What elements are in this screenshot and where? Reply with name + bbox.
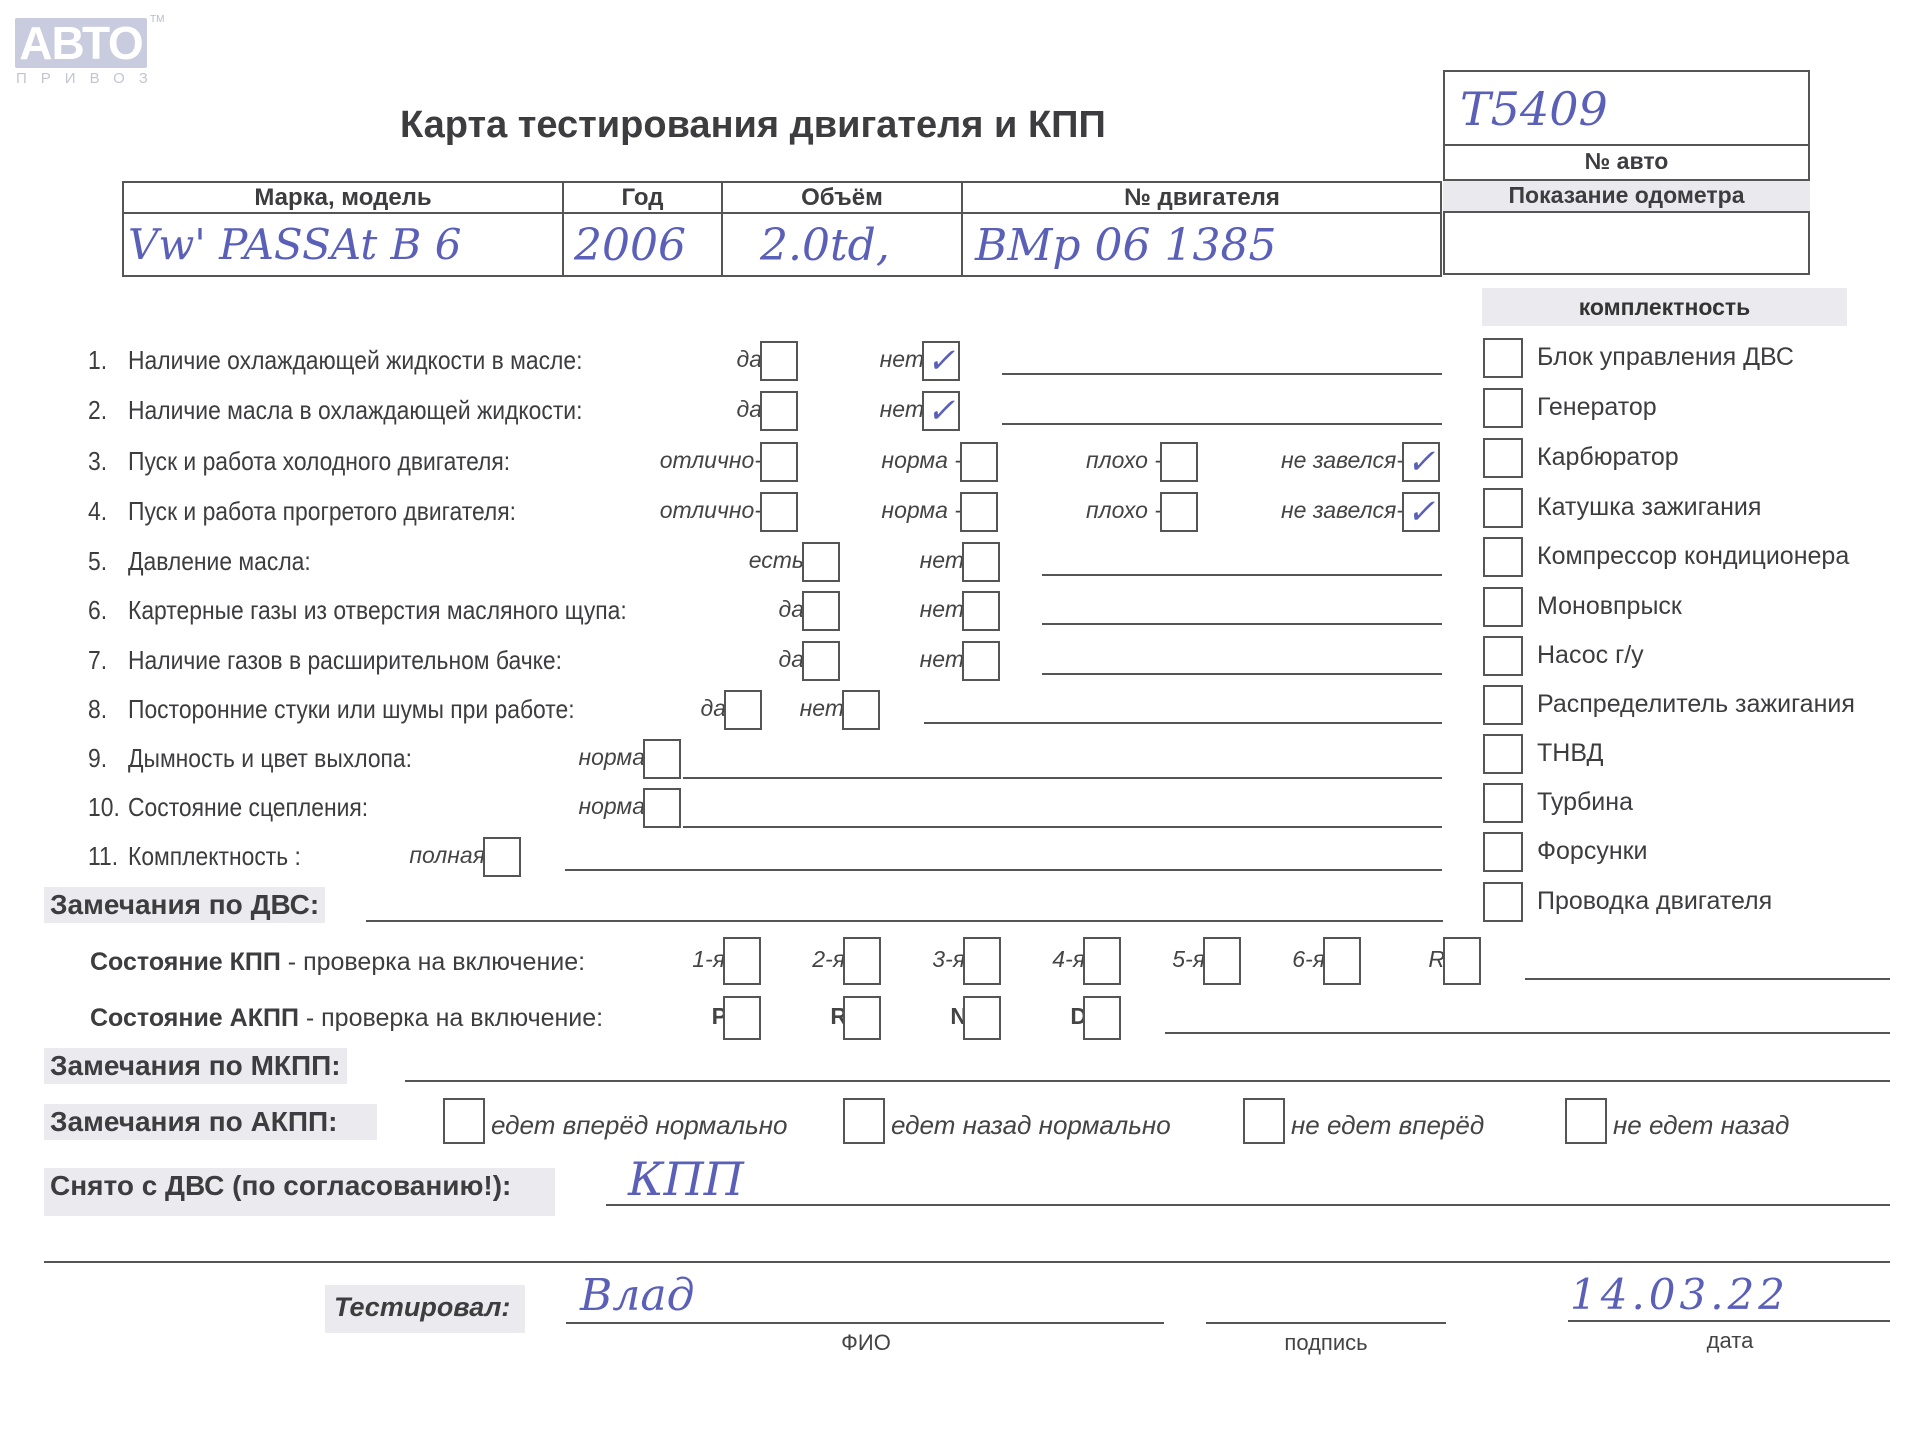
checkbox-незавелся[interactable]: ✓ <box>1402 442 1440 482</box>
auto-remark-label: не едет назад <box>1613 1110 1789 1141</box>
question-number: 11. <box>88 841 118 872</box>
completeness-checkbox[interactable] <box>1483 832 1523 872</box>
completeness-item-label: Карбюратор <box>1537 443 1679 472</box>
logo-subtitle: ПРИВОЗ <box>16 70 162 87</box>
removed-field-value[interactable]: КПП <box>628 1152 744 1206</box>
notes-line[interactable] <box>565 869 1442 871</box>
completeness-item-label: ТНВД <box>1537 739 1603 768</box>
option-label: нет <box>920 646 964 673</box>
option-label: не завелся- <box>1281 497 1404 524</box>
checkbox-норма[interactable] <box>643 788 681 828</box>
question-number: 3. <box>88 446 107 477</box>
box-divider <box>1443 144 1810 146</box>
auto-remark-label: едет назад нормально <box>891 1110 1171 1141</box>
header-make-model: Марка, модель <box>124 183 562 212</box>
question-number: 8. <box>88 694 107 725</box>
question-number: 2. <box>88 395 107 426</box>
completeness-item-label: Компрессор кондиционера <box>1537 542 1849 571</box>
notes-line[interactable] <box>1002 373 1442 375</box>
question-text: Комплектность : <box>128 841 301 872</box>
question-text: Наличие масла в охлаждающей жидкости: <box>128 395 582 426</box>
auto-remark-label: едет вперёд нормально <box>491 1110 787 1141</box>
checkbox-да[interactable] <box>802 591 840 631</box>
completeness-checkbox[interactable] <box>1483 338 1523 378</box>
completeness-header: комплектность <box>1482 288 1847 326</box>
completeness-item-label: Насос г/у <box>1537 641 1644 670</box>
checkbox-да[interactable] <box>760 341 798 381</box>
question-text: Картерные газы из отверстия масляного щу… <box>128 595 627 626</box>
checkbox-плохо[interactable] <box>1160 442 1198 482</box>
manual-gearbox-label: Состояние КПП - проверка на включение: <box>90 948 585 977</box>
logo: АВТО <box>15 18 147 68</box>
question-number: 6. <box>88 595 107 626</box>
option-label: да <box>736 396 762 423</box>
position-checkbox-P[interactable] <box>723 996 761 1040</box>
completeness-checkbox[interactable] <box>1483 438 1523 478</box>
option-label: плохо - <box>1086 497 1162 524</box>
checkbox-норма[interactable] <box>960 442 998 482</box>
extra-notes-line[interactable] <box>44 1261 1890 1263</box>
make-model-field[interactable]: Vw' PASSAt B 6 <box>128 220 461 269</box>
question-text: Состояние сцепления: <box>128 792 368 823</box>
question-text: Посторонние стуки или шумы при работе: <box>128 694 575 725</box>
manual-remarks-field[interactable] <box>405 1080 1890 1082</box>
gear-label: 2-я <box>812 946 845 973</box>
completeness-item-label: Генератор <box>1537 393 1657 422</box>
completeness-item-label: Катушка зажигания <box>1537 493 1761 522</box>
question-text: Наличие охлаждающей жидкости в масле: <box>128 345 582 376</box>
option-label: нет <box>920 596 964 623</box>
date-line <box>1568 1320 1890 1322</box>
odometer-label: Показание одометра <box>1445 182 1808 209</box>
option-label: норма - <box>881 447 962 474</box>
gear-checkbox-3-я[interactable] <box>963 937 1001 985</box>
option-label: норма <box>578 744 645 771</box>
option-label: да <box>778 646 804 673</box>
option-label: нет <box>920 547 964 574</box>
gear-label: 4-я <box>1052 946 1085 973</box>
header-year: Год <box>564 183 721 212</box>
completeness-checkbox[interactable] <box>1483 636 1523 676</box>
question-number: 4. <box>88 496 107 527</box>
auto-remark-label: не едет вперёд <box>1291 1110 1484 1141</box>
tested-by-label: Тестировал: <box>334 1292 510 1323</box>
completeness-item-label: Форсунки <box>1537 837 1648 866</box>
notes-line[interactable] <box>924 722 1442 724</box>
option-label: полная <box>409 842 485 869</box>
name-caption: ФИО <box>766 1330 966 1356</box>
checkbox-полная[interactable] <box>483 837 521 877</box>
auto-remark-checkbox[interactable] <box>1243 1098 1285 1144</box>
checkbox-да[interactable] <box>802 641 840 681</box>
checkbox-отлично[interactable] <box>760 442 798 482</box>
option-label: норма <box>578 793 645 820</box>
auto-remark-checkbox[interactable] <box>443 1098 485 1144</box>
notes-line[interactable] <box>1042 673 1442 675</box>
option-label: нет <box>880 396 924 423</box>
question-text: Пуск и работа прогретого двигателя: <box>128 496 516 527</box>
checkbox-да[interactable] <box>724 690 762 730</box>
option-label: да <box>700 695 726 722</box>
gear-checkbox-2-я[interactable] <box>843 937 881 985</box>
option-label: нет <box>880 346 924 373</box>
removed-label: Снято с ДВС (по согласованию!): <box>44 1168 555 1216</box>
option-label: не завелся- <box>1281 447 1404 474</box>
checkbox-нет[interactable] <box>962 591 1000 631</box>
box-divider <box>1443 179 1810 181</box>
checkbox-отлично[interactable] <box>760 492 798 532</box>
option-label: норма - <box>881 497 962 524</box>
completeness-checkbox[interactable] <box>1483 882 1523 922</box>
signature-field[interactable] <box>1206 1322 1446 1324</box>
position-checkbox-N[interactable] <box>963 996 1001 1040</box>
manual-gearbox-notes-field[interactable] <box>1525 978 1890 980</box>
completeness-item-label: Распределитель зажигания <box>1537 690 1855 719</box>
notes-line[interactable] <box>1002 423 1442 425</box>
manual-remarks-label: Замечания по МКПП: <box>44 1048 347 1084</box>
auto-gearbox-label-bold: Состояние АКПП <box>90 1004 299 1032</box>
removed-field[interactable] <box>606 1204 1890 1206</box>
completeness-checkbox[interactable] <box>1483 488 1523 528</box>
auto-gearbox-label: Состояние АКПП - проверка на включение: <box>90 1004 603 1033</box>
auto-gearbox-label-rest: - проверка на включение: <box>299 1004 603 1032</box>
question-number: 1. <box>88 345 107 376</box>
manual-gearbox-label-bold: Состояние КПП <box>90 948 281 976</box>
completeness-checkbox[interactable] <box>1483 537 1523 577</box>
engine-remarks-field[interactable] <box>366 920 1443 922</box>
volume-field[interactable]: 2.0td, <box>760 220 890 271</box>
notes-line[interactable] <box>1042 623 1442 625</box>
checkbox-норма[interactable] <box>960 492 998 532</box>
box-divider <box>1443 211 1810 213</box>
date-field[interactable]: 14.03.22 <box>1570 1270 1789 1319</box>
option-label: да <box>736 346 762 373</box>
gear-label: 5-я <box>1172 946 1205 973</box>
completeness-item-label: Проводка двигателя <box>1537 887 1772 916</box>
option-label: есть <box>749 547 804 574</box>
question-text: Давление масла: <box>128 546 311 577</box>
car-number-field[interactable]: T5409 <box>1460 82 1608 136</box>
question-text: Дымность и цвет выхлопа: <box>128 743 412 774</box>
engine-remarks-label: Замечания по ДВС: <box>44 887 325 923</box>
table-divider <box>122 212 1442 214</box>
odometer-field[interactable] <box>1447 214 1806 272</box>
option-label: плохо - <box>1086 447 1162 474</box>
tester-name-field[interactable]: Влад <box>580 1270 694 1321</box>
question-number: 9. <box>88 743 107 774</box>
option-label: отлично- <box>660 497 762 524</box>
checkbox-норма[interactable] <box>643 739 681 779</box>
gear-label: 3-я <box>932 946 965 973</box>
auto-remark-checkbox[interactable] <box>1565 1098 1607 1144</box>
notes-line[interactable] <box>683 826 1442 828</box>
checkbox-незавелся[interactable]: ✓ <box>1402 492 1440 532</box>
option-label: нет <box>800 695 844 722</box>
year-field[interactable]: 2006 <box>574 220 686 271</box>
gear-checkbox-5-я[interactable] <box>1203 937 1241 985</box>
completeness-item-label: Турбина <box>1537 788 1633 817</box>
auto-remark-checkbox[interactable] <box>843 1098 885 1144</box>
car-number-label: № авто <box>1445 148 1808 175</box>
auto-gearbox-notes-field[interactable] <box>1165 1032 1890 1034</box>
checkbox-плохо[interactable] <box>1160 492 1198 532</box>
gear-label: 1-я <box>692 946 725 973</box>
checkbox-есть[interactable] <box>802 542 840 582</box>
question-number: 5. <box>88 546 107 577</box>
option-label: да <box>778 596 804 623</box>
checkbox-нет[interactable] <box>842 690 880 730</box>
date-caption: дата <box>1630 1328 1830 1354</box>
manual-gearbox-label-rest: - проверка на включение: <box>281 948 585 976</box>
header-volume: Объём <box>723 183 961 212</box>
checkbox-нет[interactable] <box>962 641 1000 681</box>
notes-line[interactable] <box>1042 574 1442 576</box>
header-engine-number: № двигателя <box>963 183 1441 212</box>
signature-caption: подпись <box>1226 1330 1426 1356</box>
checkbox-нет[interactable] <box>962 542 1000 582</box>
option-label: отлично- <box>660 447 762 474</box>
position-checkbox-D[interactable] <box>1083 996 1121 1040</box>
question-number: 10. <box>88 792 120 823</box>
checkbox-да[interactable] <box>760 391 798 431</box>
engine-number-field[interactable]: BMp 06 1385 <box>975 220 1277 271</box>
auto-remarks-label: Замечания по АКПП: <box>44 1104 377 1140</box>
position-checkbox-R[interactable] <box>843 996 881 1040</box>
tester-name-line <box>566 1322 1164 1324</box>
completeness-checkbox[interactable] <box>1483 388 1523 428</box>
notes-line[interactable] <box>683 777 1442 779</box>
checkbox-нет[interactable]: ✓ <box>922 391 960 431</box>
completeness-item-label: Блок управления ДВС <box>1537 343 1794 372</box>
completeness-checkbox[interactable] <box>1483 783 1523 823</box>
checkbox-нет[interactable]: ✓ <box>922 341 960 381</box>
question-number: 7. <box>88 645 107 676</box>
page-title: Карта тестирования двигателя и КПП <box>400 104 1106 147</box>
completeness-checkbox[interactable] <box>1483 734 1523 774</box>
question-text: Наличие газов в расширительном бачке: <box>128 645 562 676</box>
completeness-item-label: Моновпрыск <box>1537 592 1682 621</box>
completeness-checkbox[interactable] <box>1483 685 1523 725</box>
completeness-checkbox[interactable] <box>1483 587 1523 627</box>
logo-trademark: TM <box>150 14 164 25</box>
question-text: Пуск и работа холодного двигателя: <box>128 446 510 477</box>
gear-label: 6-я <box>1292 946 1325 973</box>
gear-checkbox-6-я[interactable] <box>1323 937 1361 985</box>
gear-checkbox-4-я[interactable] <box>1083 937 1121 985</box>
gear-checkbox-R[interactable] <box>1443 937 1481 985</box>
gear-checkbox-1-я[interactable] <box>723 937 761 985</box>
